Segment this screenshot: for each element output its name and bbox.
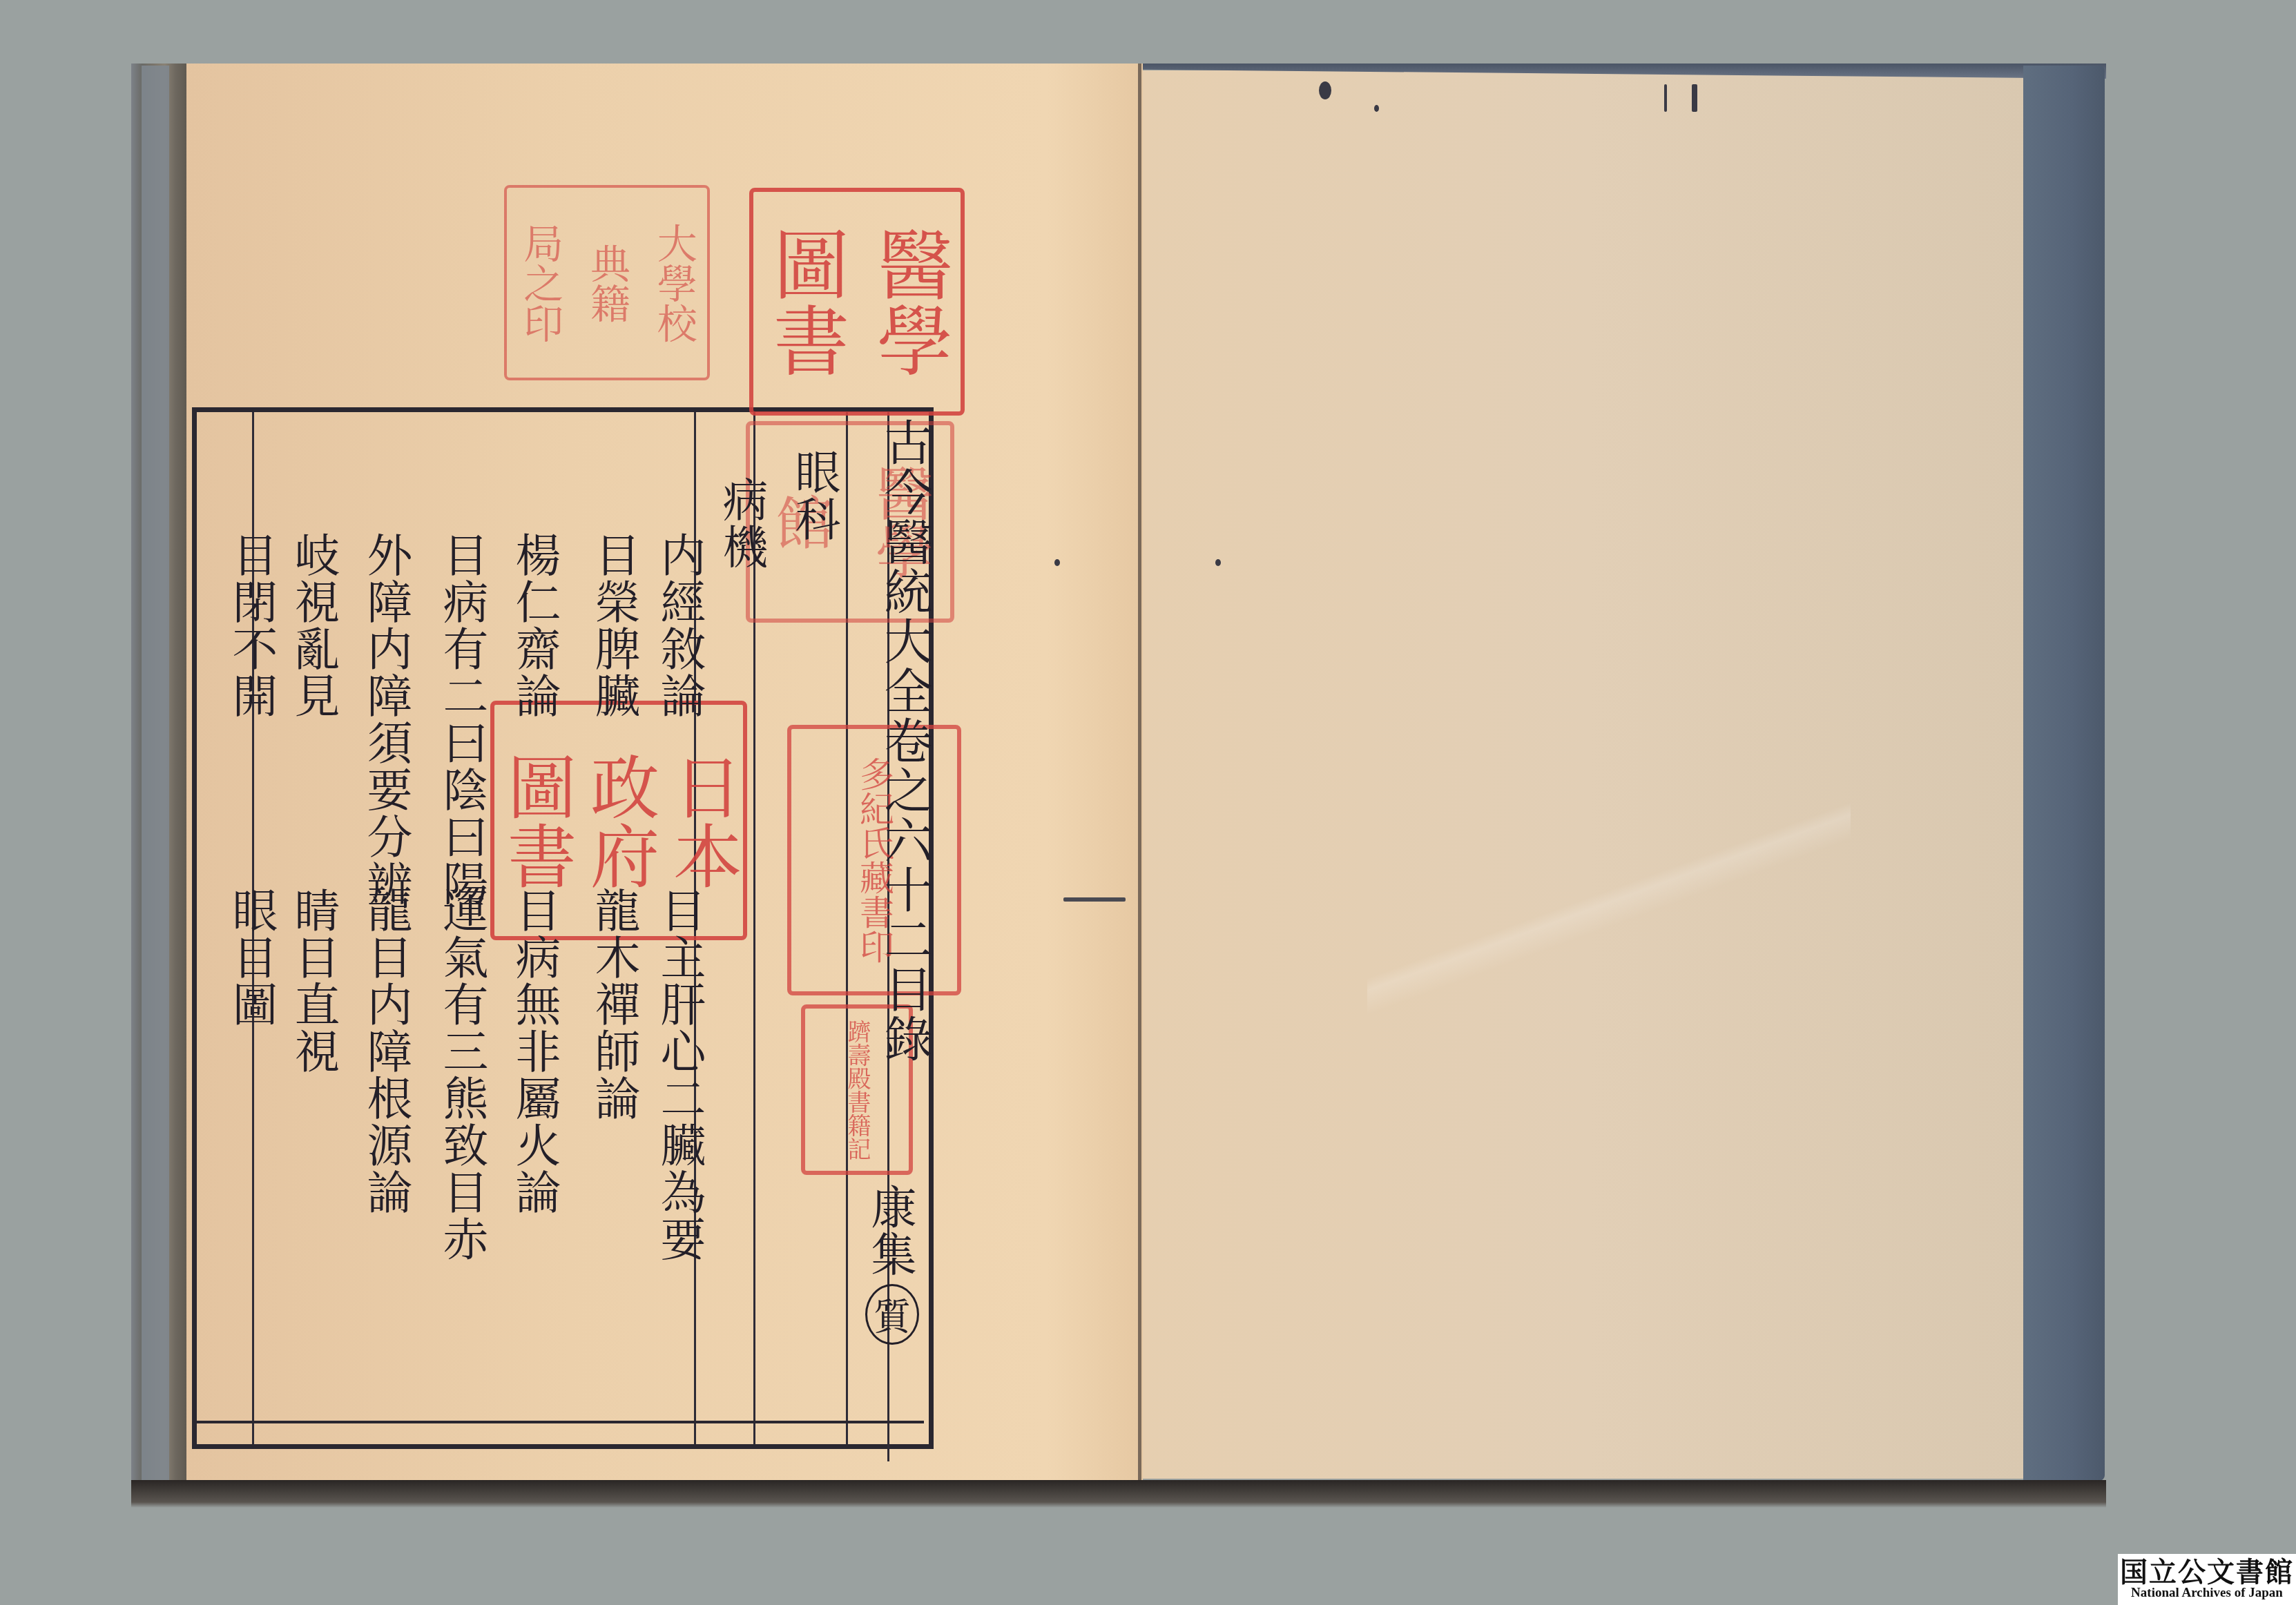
entry-me-hei-fukai: 目閉不開: [228, 532, 273, 719]
seal-igaku-tosho: 圖書 醫學: [749, 188, 965, 416]
entry-seimoku-chokushi: 睛目直視: [290, 887, 336, 1075]
entry-kishi-ranken: 岐視亂見: [290, 532, 336, 719]
entry-ryuboku-zenji: 龍木禪師論: [590, 887, 636, 1122]
left-cover-edge: [142, 66, 169, 1481]
entry-me-shu-kan-shin: 目主肝心二臟為要: [656, 887, 702, 1263]
right-cover-blue: [2023, 66, 2105, 1481]
watermark-japanese: 国立公文書館: [2120, 1559, 2294, 1586]
paper-fold-crease: [1367, 414, 1851, 1491]
entry-mebyo-hizoku-ka: 目病無非屬火論: [511, 887, 557, 1216]
section-label-ganka: 眼科: [791, 449, 836, 543]
volume-mark-kosho: 康集: [867, 1184, 912, 1278]
book-bottom-shadow: [131, 1480, 2106, 1508]
entry-yo-jinsai: 楊仁齋論: [511, 532, 557, 719]
watermark-english: National Archives of Japan: [2131, 1586, 2283, 1601]
archive-watermark: 国立公文書館 National Archives of Japan: [2118, 1554, 2296, 1605]
entry-ganmoku-zu: 眼目圖: [228, 887, 273, 1028]
entry-mebyo-in-yo: 目病有二曰陰曰陽: [438, 532, 484, 907]
ink-mark: [1374, 105, 1379, 112]
entry-unki-sekimoku: 運氣有三熊致目赤: [438, 887, 484, 1263]
ink-mark: [1692, 84, 1697, 112]
gutter-fold: [1138, 64, 1141, 1480]
seal-daigakko: 局之印 典籍 大學校: [504, 185, 710, 380]
seal-column-middle: 多紀氏藏書印: [787, 725, 961, 995]
volume-circle-mark: 質: [865, 1284, 919, 1345]
entry-gaisho-naisho: 外障内障須要分辨: [363, 532, 408, 907]
thread-mark: [1063, 897, 1126, 902]
entry-ryumoku-naisho: 龍目内障根源論: [363, 887, 408, 1216]
ink-mark: [1319, 81, 1331, 99]
wormhole: [1215, 559, 1221, 566]
entry-me-ei-hizo: 目榮脾臟: [590, 532, 636, 719]
ink-mark: [1664, 84, 1667, 112]
subsection-label-byoki: 病機: [718, 476, 764, 570]
wormhole: [1054, 559, 1060, 566]
entry-naikei-joron: 内經敘論: [656, 532, 702, 719]
title-column: 古今醫統大全卷之六十二目錄: [880, 418, 929, 1064]
printed-border-bottom: [192, 1421, 924, 1423]
